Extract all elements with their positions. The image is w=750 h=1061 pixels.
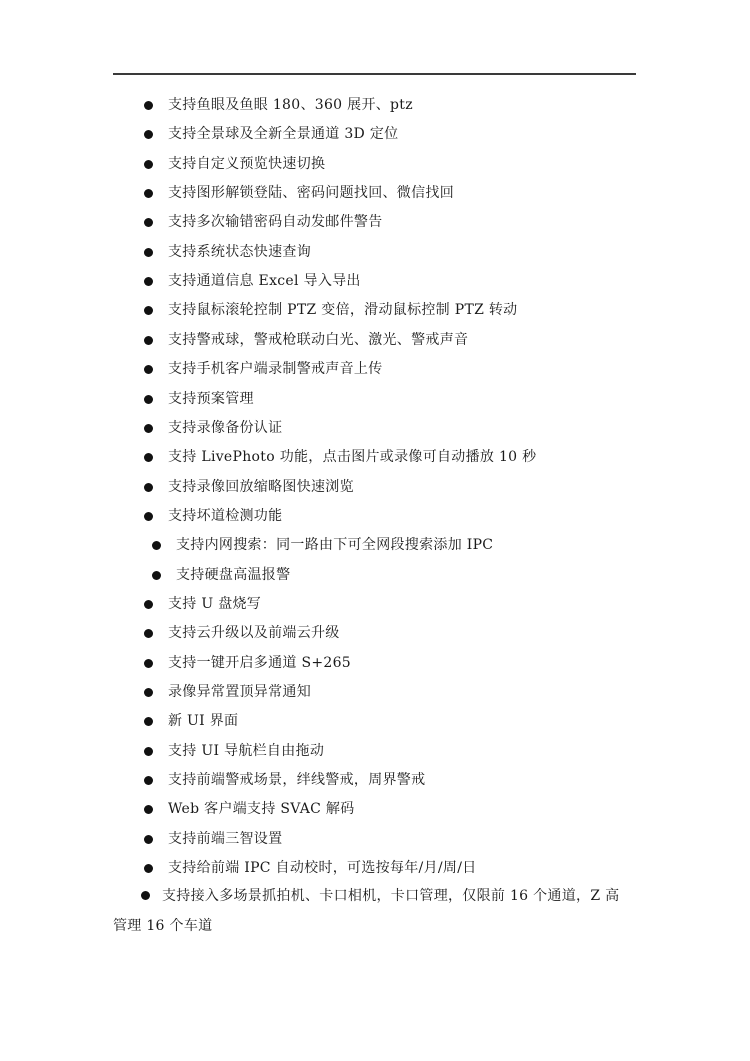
bullet-icon (144, 395, 153, 404)
bullet-icon (144, 835, 153, 844)
list-item-text: 支持全景球及全新全景通道 3D 定位 (168, 120, 398, 149)
list-item: 支持 U 盘烧写 (0, 590, 600, 619)
list-item-text: 支持图形解锁登陆、密码问题找回、微信找回 (168, 179, 454, 208)
list-item-text: 支持一键开启多通道 S+265 (168, 649, 351, 678)
bullet-icon (144, 864, 153, 873)
list-item-text: 支持接入多场景抓拍机、卡口相机，卡口管理，仅限前 16 个通道，Z 高 (162, 888, 619, 904)
list-item-text: 支持录像备份认证 (168, 414, 282, 443)
bullet-icon (144, 306, 153, 315)
bullet-icon (144, 365, 153, 374)
list-item: 新 UI 界面 (0, 707, 600, 736)
bullet-icon (144, 776, 153, 785)
list-item-wrapped: 支持接入多场景抓拍机、卡口相机，卡口管理，仅限前 16 个通道，Z 高 管理 1… (113, 881, 638, 941)
bullet-icon (144, 512, 153, 521)
bullet-icon (144, 483, 153, 492)
list-item-text: 支持系统状态快速查询 (168, 238, 311, 267)
list-item-text: 支持警戒球，警戒枪联动白光、激光、警戒声音 (168, 326, 468, 355)
list-item: 支持录像回放缩略图快速浏览 (0, 473, 600, 502)
list-item: 支持全景球及全新全景通道 3D 定位 (0, 120, 600, 149)
list-item: 支持手机客户端录制警戒声音上传 (0, 355, 600, 384)
bullet-icon (144, 659, 153, 668)
list-item-text: 支持手机客户端录制警戒声音上传 (168, 355, 383, 384)
list-item: 支持鱼眼及鱼眼 180、360 展开、ptz (0, 91, 600, 120)
header-rule (113, 73, 636, 75)
list-item-text: 支持录像回放缩略图快速浏览 (168, 473, 354, 502)
bullet-icon (144, 101, 153, 110)
list-item-text: 支持鼠标滚轮控制 PTZ 变倍，滑动鼠标控制 PTZ 转动 (168, 296, 517, 325)
list-item: 支持警戒球，警戒枪联动白光、激光、警戒声音 (0, 326, 600, 355)
list-item: 支持 UI 导航栏自由拖动 (0, 737, 600, 766)
list-item-text: 支持 LivePhoto 功能，点击图片或录像可自动播放 10 秒 (168, 443, 536, 472)
list-item-text: 支持多次输错密码自动发邮件警告 (168, 208, 383, 237)
list-item: 支持图形解锁登陆、密码问题找回、微信找回 (0, 179, 600, 208)
list-item-text: 支持给前端 IPC 自动校时，可选按每年/月/周/日 (168, 854, 477, 883)
list-item-text: 支持自定义预览快速切换 (168, 150, 325, 179)
list-item-text: 新 UI 界面 (168, 707, 238, 736)
bullet-icon (152, 571, 161, 580)
list-item: 支持云升级以及前端云升级 (0, 619, 600, 648)
bullet-icon (144, 218, 153, 227)
list-item: 支持一键开启多通道 S+265 (0, 649, 600, 678)
list-item-text: 支持前端警戒场景，绊线警戒，周界警戒 (168, 766, 425, 795)
list-item-text: 支持内网搜索：同一路由下可全网段搜索添加 IPC (176, 531, 493, 560)
bullet-icon (144, 688, 153, 697)
list-item-text-continued: 管理 16 个车道 (113, 918, 212, 934)
bullet-icon (144, 747, 153, 756)
list-item-text: 支持硬盘高温报警 (176, 561, 290, 590)
list-item-text: 支持云升级以及前端云升级 (168, 619, 340, 648)
bullet-icon (144, 453, 153, 462)
bullet-icon (144, 160, 153, 169)
list-item: 支持录像备份认证 (0, 414, 600, 443)
list-item: 支持多次输错密码自动发邮件警告 (0, 208, 600, 237)
bullet-icon (144, 189, 153, 198)
list-item: 支持坏道检测功能 (0, 502, 600, 531)
bullet-icon (144, 805, 153, 814)
bullet-icon (152, 541, 161, 550)
bullet-icon (144, 277, 153, 286)
bullet-icon (144, 130, 153, 139)
list-item-text: 支持预案管理 (168, 385, 254, 414)
list-item: 支持鼠标滚轮控制 PTZ 变倍，滑动鼠标控制 PTZ 转动 (0, 296, 600, 325)
list-item-text: 支持通道信息 Excel 导入导出 (168, 267, 361, 296)
bullet-icon (144, 336, 153, 345)
list-item: 支持硬盘高温报警 (0, 561, 600, 590)
list-item-text: 录像异常置顶异常通知 (168, 678, 311, 707)
list-item-text: 支持鱼眼及鱼眼 180、360 展开、ptz (168, 91, 413, 120)
bullet-icon (144, 424, 153, 433)
list-item: 支持预案管理 (0, 385, 600, 414)
list-item-text: 支持 U 盘烧写 (168, 590, 261, 619)
list-item-text: 支持 UI 导航栏自由拖动 (168, 737, 324, 766)
list-item: 支持系统状态快速查询 (0, 238, 600, 267)
bullet-icon (144, 629, 153, 638)
list-item-text: Web 客户端支持 SVAC 解码 (168, 795, 355, 824)
list-item: 支持前端三智设置 (0, 825, 600, 854)
list-item: 支持 LivePhoto 功能，点击图片或录像可自动播放 10 秒 (0, 443, 600, 472)
list-item: 支持通道信息 Excel 导入导出 (0, 267, 600, 296)
list-item: 支持前端警戒场景，绊线警戒，周界警戒 (0, 766, 600, 795)
bullet-icon (144, 600, 153, 609)
list-item-text: 支持坏道检测功能 (168, 502, 282, 531)
list-item: Web 客户端支持 SVAC 解码 (0, 795, 600, 824)
list-item: 支持给前端 IPC 自动校时，可选按每年/月/周/日 (0, 854, 600, 883)
bullet-icon (141, 891, 150, 900)
list-item: 录像异常置顶异常通知 (0, 678, 600, 707)
list-item: 支持内网搜索：同一路由下可全网段搜索添加 IPC (0, 531, 600, 560)
list-item-text: 支持前端三智设置 (168, 825, 282, 854)
bullet-icon (144, 248, 153, 257)
list-item: 支持自定义预览快速切换 (0, 150, 600, 179)
bullet-icon (144, 717, 153, 726)
